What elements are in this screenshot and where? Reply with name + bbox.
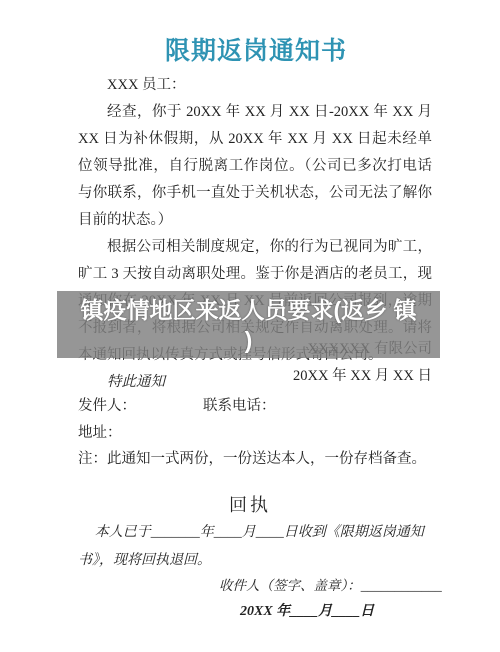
watermark-line-1: 镇疫情地区来返人员要求(返乡 镇 <box>80 295 416 325</box>
issue-date: 20XX 年 XX 月 XX 日 <box>293 364 432 385</box>
receipt-date: 20XX 年____月____日 <box>240 600 374 620</box>
document-title: 限期返岗通知书 <box>0 31 500 67</box>
sender-row: 发件人：联系电话： <box>78 394 432 415</box>
receipt-heading: 回执 <box>0 491 500 517</box>
watermark-banner: 镇疫情地区来返人员要求(返乡 镇 ) <box>57 291 440 358</box>
note-line: 注：此通知一式两份，一份送达本人，一份存档备查。 <box>78 447 440 468</box>
watermark-line-2: ) <box>245 325 253 355</box>
notice-page: 限期返岗通知书 XXX 员工： 经查，你于 20XX 年 XX 月 XX 日-2… <box>0 0 500 652</box>
sender-label: 发件人： <box>78 394 203 415</box>
receipt-body: 本人已于_______年____月____日收到《限期返岗通知书》，现将回执退回… <box>78 519 440 575</box>
watermark-text: 镇疫情地区来返人员要求(返乡 镇 ) <box>57 291 440 358</box>
recipient-line: 收件人（签字、盖章）：____________ <box>219 574 442 594</box>
notice-paragraph-1: 经查，你于 20XX 年 XX 月 XX 日-20XX 年 XX 月 XX 日为… <box>78 99 432 234</box>
phone-label: 联系电话： <box>203 398 276 414</box>
recipient-signature-blank: ____________ <box>361 578 442 593</box>
recipient-label: 收件人（签字、盖章）： <box>219 578 361 593</box>
address-label: 地址： <box>78 421 122 442</box>
salutation: XXX 员工： <box>78 72 432 99</box>
